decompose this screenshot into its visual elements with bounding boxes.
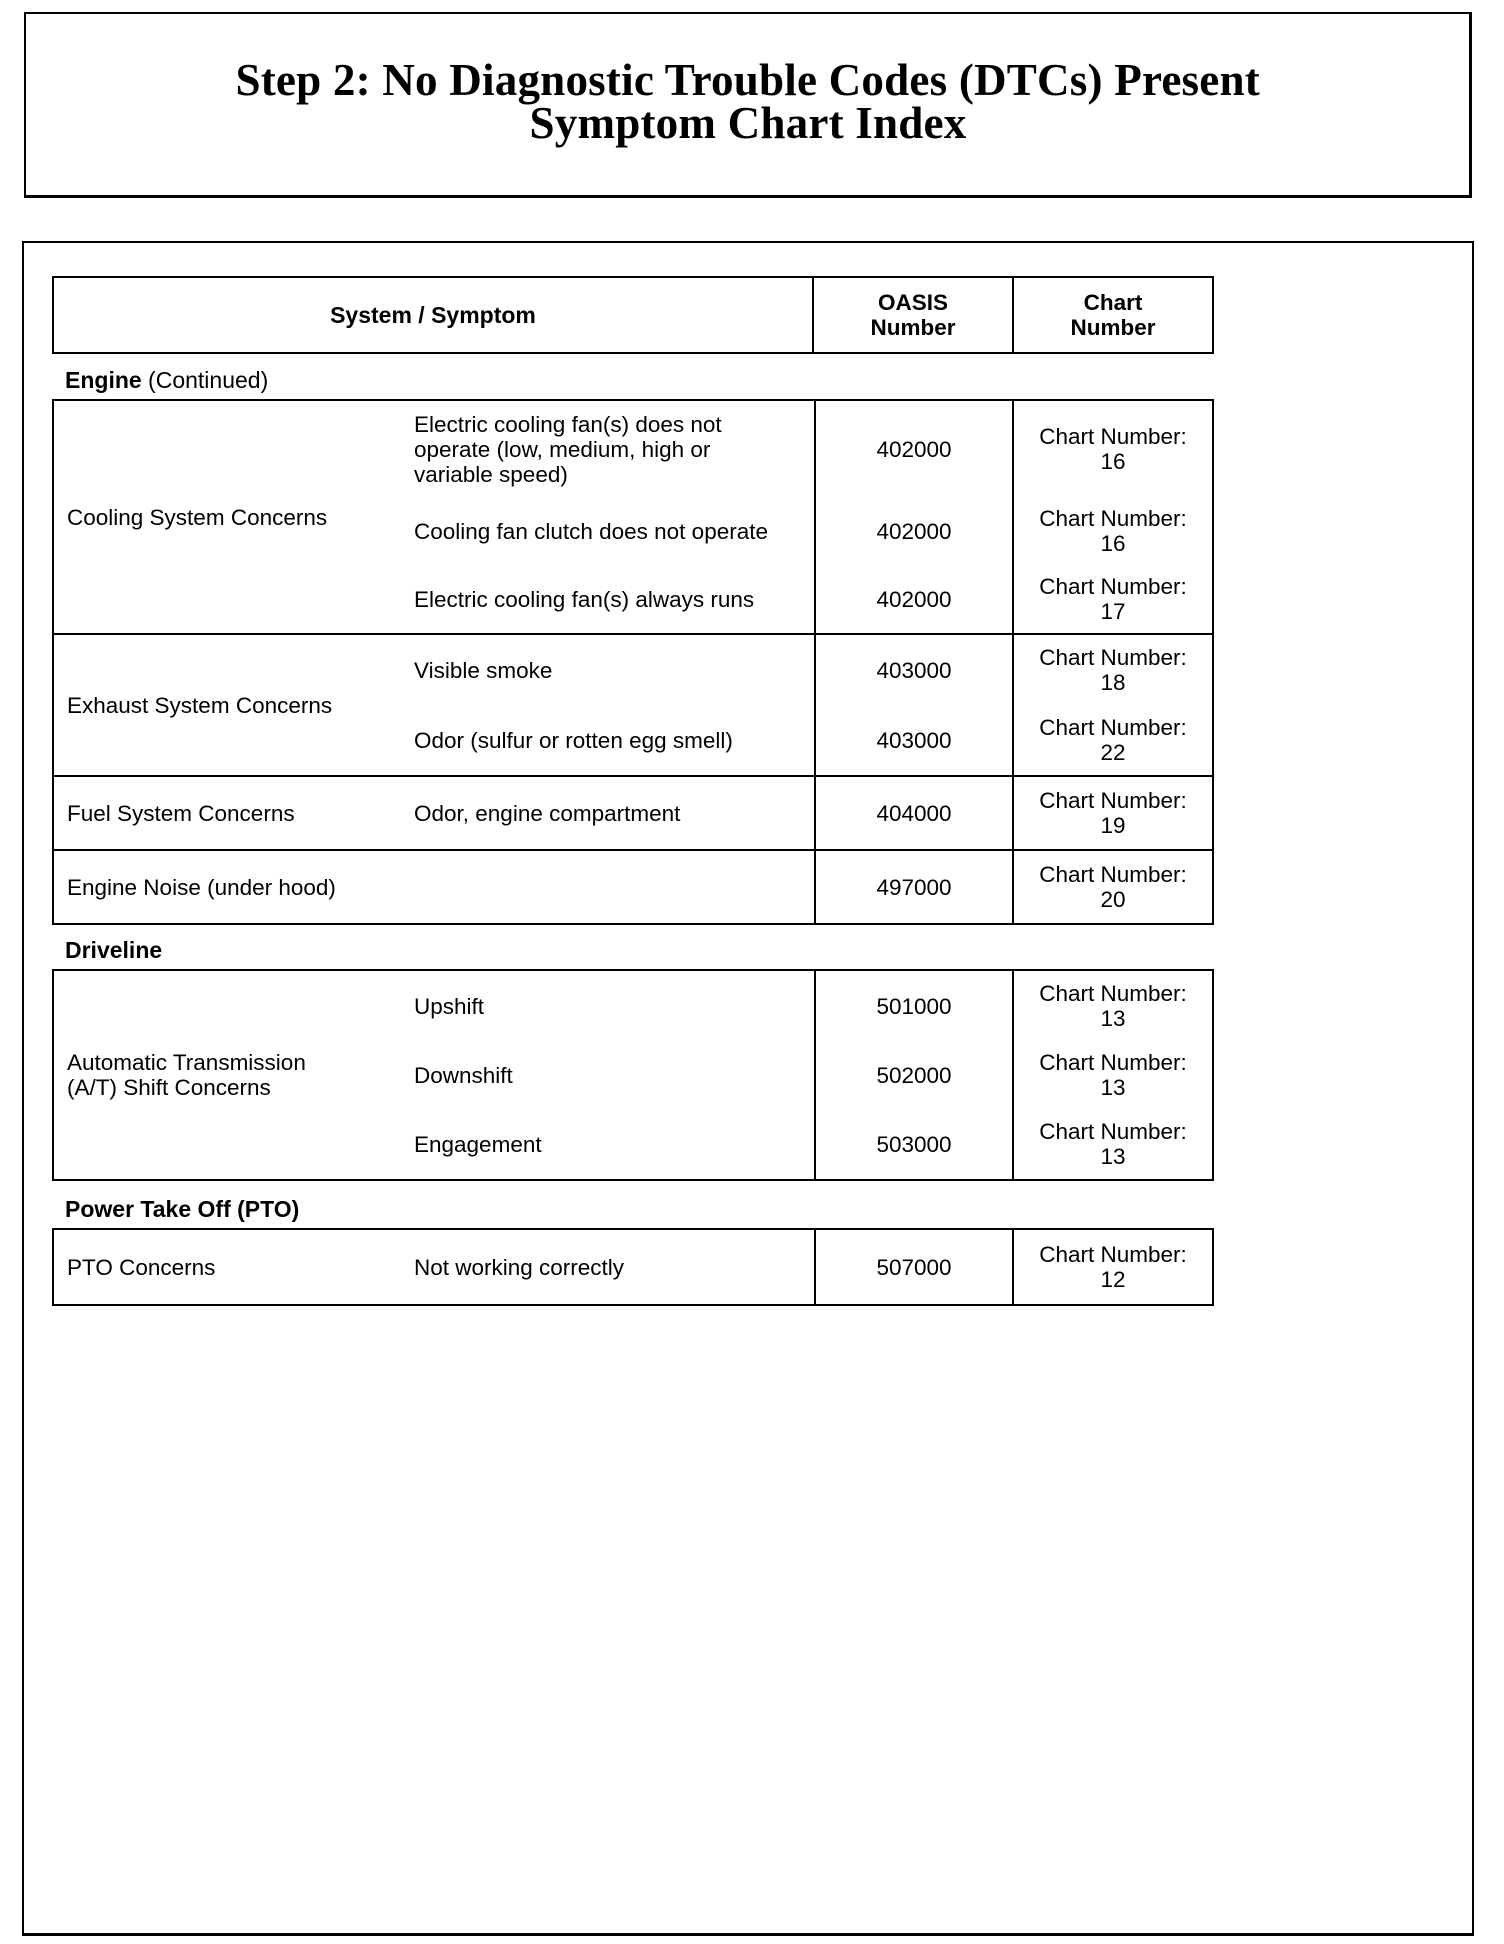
table-row-group: Automatic Transmission (A/T) Shift Conce… (54, 971, 1212, 1179)
symptom-table: PTO ConcernsNot working correctly507000C… (52, 1228, 1214, 1306)
symptom-text: Electric cooling fan(s) always runs (414, 587, 754, 612)
symptom-cell: Downshift (414, 1041, 814, 1109)
chart-number-label: Chart Number: (1039, 1050, 1187, 1075)
symptom-cell: Electric cooling fan(s) always runs (414, 565, 814, 633)
symptom-text: Visible smoke (414, 658, 552, 683)
oasis-number-cell: 403000 (816, 705, 1012, 775)
system-cell: PTO Concerns (54, 1230, 414, 1304)
chart-number-cell: Chart Number:16 (1014, 401, 1212, 497)
chart-number-cell: Chart Number:17 (1014, 565, 1212, 633)
symptom-table: Cooling System ConcernsElectric cooling … (52, 399, 1214, 925)
symptom-cell: Odor (sulfur or rotten egg smell) (414, 705, 814, 775)
oasis-number-cell: 402000 (816, 565, 1012, 633)
symptom-text: Downshift (414, 1063, 513, 1088)
chart-number-label: Chart Number: (1039, 715, 1187, 740)
symptom-text: Not working correctly (414, 1255, 624, 1280)
system-name: Fuel System Concerns (67, 801, 295, 826)
symptom-table: Automatic Transmission (A/T) Shift Conce… (52, 969, 1214, 1181)
system-name: Automatic Transmission (A/T) Shift Conce… (67, 1050, 347, 1100)
chart-number-cell: Chart Number:16 (1014, 497, 1212, 565)
chart-number-value: 22 (1100, 740, 1125, 765)
title-box: Step 2: No Diagnostic Trouble Codes (DTC… (24, 12, 1472, 198)
header-oasis-number: OASISNumber (814, 278, 1014, 352)
chart-number-label: Chart Number: (1039, 645, 1187, 670)
section-label: Engine (Continued) (65, 367, 268, 393)
header-chart-line1: Chart (1084, 290, 1143, 315)
system-name: Exhaust System Concerns (67, 693, 332, 718)
chart-number-value: 17 (1100, 599, 1125, 624)
chart-number-label: Chart Number: (1039, 506, 1187, 531)
symptom-text: Electric cooling fan(s) does not operate… (414, 412, 784, 487)
chart-number-cell: Chart Number:22 (1014, 705, 1212, 775)
section-label-suffix: (Continued) (142, 367, 269, 393)
oasis-number-cell: 507000 (816, 1230, 1012, 1304)
symptom-cell: Odor, engine compartment (414, 777, 814, 849)
chart-number-value: 12 (1100, 1267, 1125, 1292)
symptom-cell: Engagement (414, 1109, 814, 1179)
chart-number-value: 19 (1100, 813, 1125, 838)
oasis-number-cell: 502000 (816, 1041, 1012, 1109)
chart-number-label: Chart Number: (1039, 862, 1187, 887)
oasis-number-cell: 402000 (816, 497, 1012, 565)
system-name: Engine Noise (under hood) (67, 875, 336, 900)
chart-number-value: 18 (1100, 670, 1125, 695)
section-label: Driveline (65, 937, 162, 963)
chart-number-cell: Chart Number:13 (1014, 971, 1212, 1041)
chart-number-value: 13 (1100, 1075, 1125, 1100)
section-label-bold: Engine (65, 367, 142, 393)
symptom-cell: Upshift (414, 971, 814, 1041)
system-cell: Exhaust System Concerns (54, 635, 414, 775)
section-label-bold: Power Take Off (PTO) (65, 1196, 299, 1222)
header-chart-line2: Number (1070, 315, 1155, 340)
symptom-text: Upshift (414, 994, 484, 1019)
table-row-group: Cooling System ConcernsElectric cooling … (54, 401, 1212, 633)
chart-number-cell: Chart Number:12 (1014, 1230, 1212, 1304)
chart-number-value: 16 (1100, 449, 1125, 474)
table-header: System / Symptom OASISNumber ChartNumber (52, 276, 1214, 354)
system-name: Cooling System Concerns (67, 505, 327, 530)
chart-number-value: 16 (1100, 531, 1125, 556)
chart-number-value: 13 (1100, 1144, 1125, 1169)
oasis-number-cell: 404000 (816, 777, 1012, 849)
chart-number-cell: Chart Number:19 (1014, 777, 1212, 849)
symptom-cell: Electric cooling fan(s) does not operate… (414, 401, 814, 497)
symptom-cell: Not working correctly (414, 1230, 814, 1304)
symptom-text: Odor (sulfur or rotten egg smell) (414, 728, 733, 753)
system-cell: Engine Noise (under hood) (54, 851, 814, 923)
header-system-symptom: System / Symptom (54, 278, 814, 352)
chart-number-label: Chart Number: (1039, 424, 1187, 449)
symptom-text: Cooling fan clutch does not operate (414, 519, 768, 544)
chart-number-label: Chart Number: (1039, 1119, 1187, 1144)
chart-number-label: Chart Number: (1039, 1242, 1187, 1267)
section-label: Power Take Off (PTO) (65, 1196, 299, 1222)
chart-number-cell: Chart Number:13 (1014, 1041, 1212, 1109)
header-oasis-line1: OASIS (878, 290, 948, 315)
system-cell: Fuel System Concerns (54, 777, 414, 849)
oasis-number-cell: 497000 (816, 851, 1012, 923)
oasis-number-cell: 503000 (816, 1109, 1012, 1179)
chart-number-cell: Chart Number:20 (1014, 851, 1212, 923)
table-row-group: Exhaust System ConcernsVisible smokeOdor… (54, 633, 1212, 775)
system-name: PTO Concerns (67, 1255, 215, 1280)
chart-number-cell: Chart Number:13 (1014, 1109, 1212, 1179)
header-oasis-line2: Number (870, 315, 955, 340)
chart-number-label: Chart Number: (1039, 981, 1187, 1006)
section-label-bold: Driveline (65, 937, 162, 963)
chart-number-label: Chart Number: (1039, 574, 1187, 599)
chart-number-label: Chart Number: (1039, 788, 1187, 813)
oasis-number-cell: 501000 (816, 971, 1012, 1041)
table-row-group: Engine Noise (under hood)497000Chart Num… (54, 849, 1212, 923)
page-title: Step 2: No Diagnostic Trouble Codes (DTC… (235, 58, 1260, 101)
page-subtitle: Symptom Chart Index (529, 101, 966, 144)
chart-number-cell: Chart Number:18 (1014, 635, 1212, 705)
header-chart-number: ChartNumber (1014, 278, 1212, 352)
oasis-number-cell: 402000 (816, 401, 1012, 497)
oasis-number-cell: 403000 (816, 635, 1012, 705)
chart-number-value: 20 (1100, 887, 1125, 912)
symptom-text: Odor, engine compartment (414, 801, 680, 826)
system-cell: Cooling System Concerns (54, 401, 414, 633)
symptom-cell: Cooling fan clutch does not operate (414, 497, 814, 565)
chart-number-value: 13 (1100, 1006, 1125, 1031)
table-row-group: Fuel System ConcernsOdor, engine compart… (54, 775, 1212, 849)
symptom-text: Engagement (414, 1132, 542, 1157)
symptom-cell: Visible smoke (414, 635, 814, 705)
table-row-group: PTO ConcernsNot working correctly507000C… (54, 1230, 1212, 1304)
system-cell: Automatic Transmission (A/T) Shift Conce… (54, 971, 414, 1179)
